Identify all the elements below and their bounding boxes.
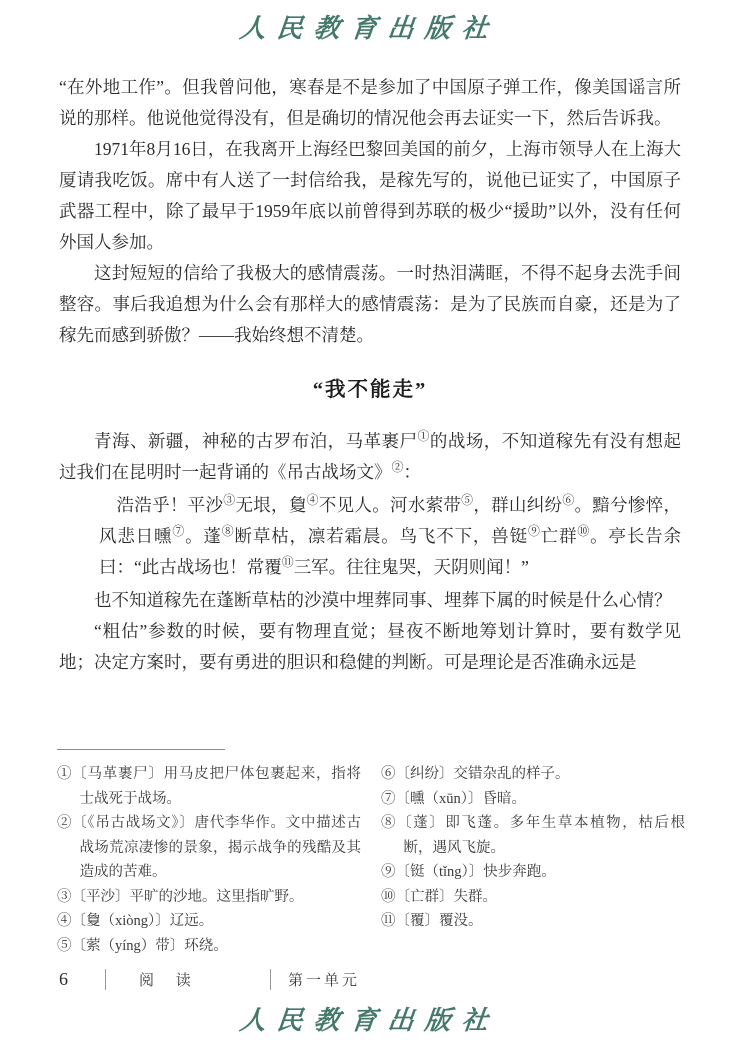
footnotes-left-column: ①〔马革裹尸〕用马皮把尸体包裹起来，指将士战死于战场。 ②〔《吊古战场文》〕唐代… bbox=[57, 762, 361, 958]
footnote: ④〔敻（xiòng）〕辽远。 bbox=[57, 909, 361, 934]
body-paragraph: 也不知道稼先在蓬断草枯的沙漠中埋葬同事、埋葬下属的时候是什么心情？ bbox=[59, 585, 681, 616]
footnote: ③〔平沙〕平旷的沙地。这里指旷野。 bbox=[57, 885, 361, 910]
textbook-page: 人民教育出版社 “在外地工作”。但我曾问他，寒春是不是参加了中国原子弹工作，像美… bbox=[0, 0, 739, 1044]
footnotes-section: ①〔马革裹尸〕用马皮把尸体包裹起来，指将士战死于战场。 ②〔《吊古战场文》〕唐代… bbox=[57, 762, 685, 958]
footnote: ⑥〔纠纷〕交错杂乱的样子。 bbox=[381, 762, 685, 787]
footnote: ⑩〔亡群〕失群。 bbox=[381, 885, 685, 910]
footer-divider-bar bbox=[105, 969, 106, 990]
footnotes-right-column: ⑥〔纠纷〕交错杂乱的样子。 ⑦〔曛（xūn）〕昏暗。 ⑧〔蓬〕即飞蓬。多年生草本… bbox=[381, 762, 685, 958]
footer-section-label: 阅 读 bbox=[139, 969, 270, 990]
page-number: 6 bbox=[59, 969, 105, 990]
footnote: ①〔马革裹尸〕用马皮把尸体包裹起来，指将士战死于战场。 bbox=[57, 762, 361, 811]
classical-quote: 浩浩乎！平沙③无垠，敻④不见人。河水萦带⑤，群山纠纷⑥。黯兮惨悴，风悲日曛⑦。蓬… bbox=[99, 490, 681, 583]
publisher-logo-footer: 人民教育出版社 bbox=[0, 1000, 739, 1037]
footnote: ⑤〔萦（yíng）带〕环绕。 bbox=[57, 934, 361, 959]
footnote: ⑨〔铤（tǐng）〕快步奔跑。 bbox=[381, 860, 685, 885]
page-footer: 6 阅 读 第一单元 bbox=[59, 966, 681, 992]
body-paragraph: “在外地工作”。但我曾问他，寒春是不是参加了中国原子弹工作，像美国谣言所说的那样… bbox=[59, 72, 681, 134]
body-paragraph: 青海、新疆，神秘的古罗布泊，马革裹尸①的战场，不知道稼先有没有想起过我们在昆明时… bbox=[59, 426, 681, 488]
footnote: ⑦〔曛（xūn）〕昏暗。 bbox=[381, 787, 685, 812]
footnote-divider bbox=[57, 749, 225, 750]
body-paragraph: 1971年8月16日，在我离开上海经巴黎回美国的前夕，上海市领导人在上海大厦请我… bbox=[59, 134, 681, 258]
footer-unit-label: 第一单元 bbox=[288, 969, 360, 990]
footer-divider-bar bbox=[270, 969, 271, 990]
page-content: “在外地工作”。但我曾问他，寒春是不是参加了中国原子弹工作，像美国谣言所说的那样… bbox=[59, 72, 681, 678]
body-paragraph: 这封短短的信给了我极大的感情震荡。一时热泪满眶，不得不起身去洗手间整容。事后我追… bbox=[59, 258, 681, 351]
section-title: “我不能走” bbox=[59, 372, 681, 402]
publisher-logo-header: 人民教育出版社 bbox=[0, 8, 739, 45]
footnote: ⑧〔蓬〕即飞蓬。多年生草本植物，枯后根断，遇风飞旋。 bbox=[381, 811, 685, 860]
footnote: ②〔《吊古战场文》〕唐代李华作。文中描述古战场荒凉凄惨的景象，揭示战争的残酷及其… bbox=[57, 811, 361, 885]
footnote: ⑪〔覆〕覆没。 bbox=[381, 909, 685, 934]
body-paragraph: “粗估”参数的时候，要有物理直觉；昼夜不断地筹划计算时，要有数学见地；决定方案时… bbox=[59, 616, 681, 678]
